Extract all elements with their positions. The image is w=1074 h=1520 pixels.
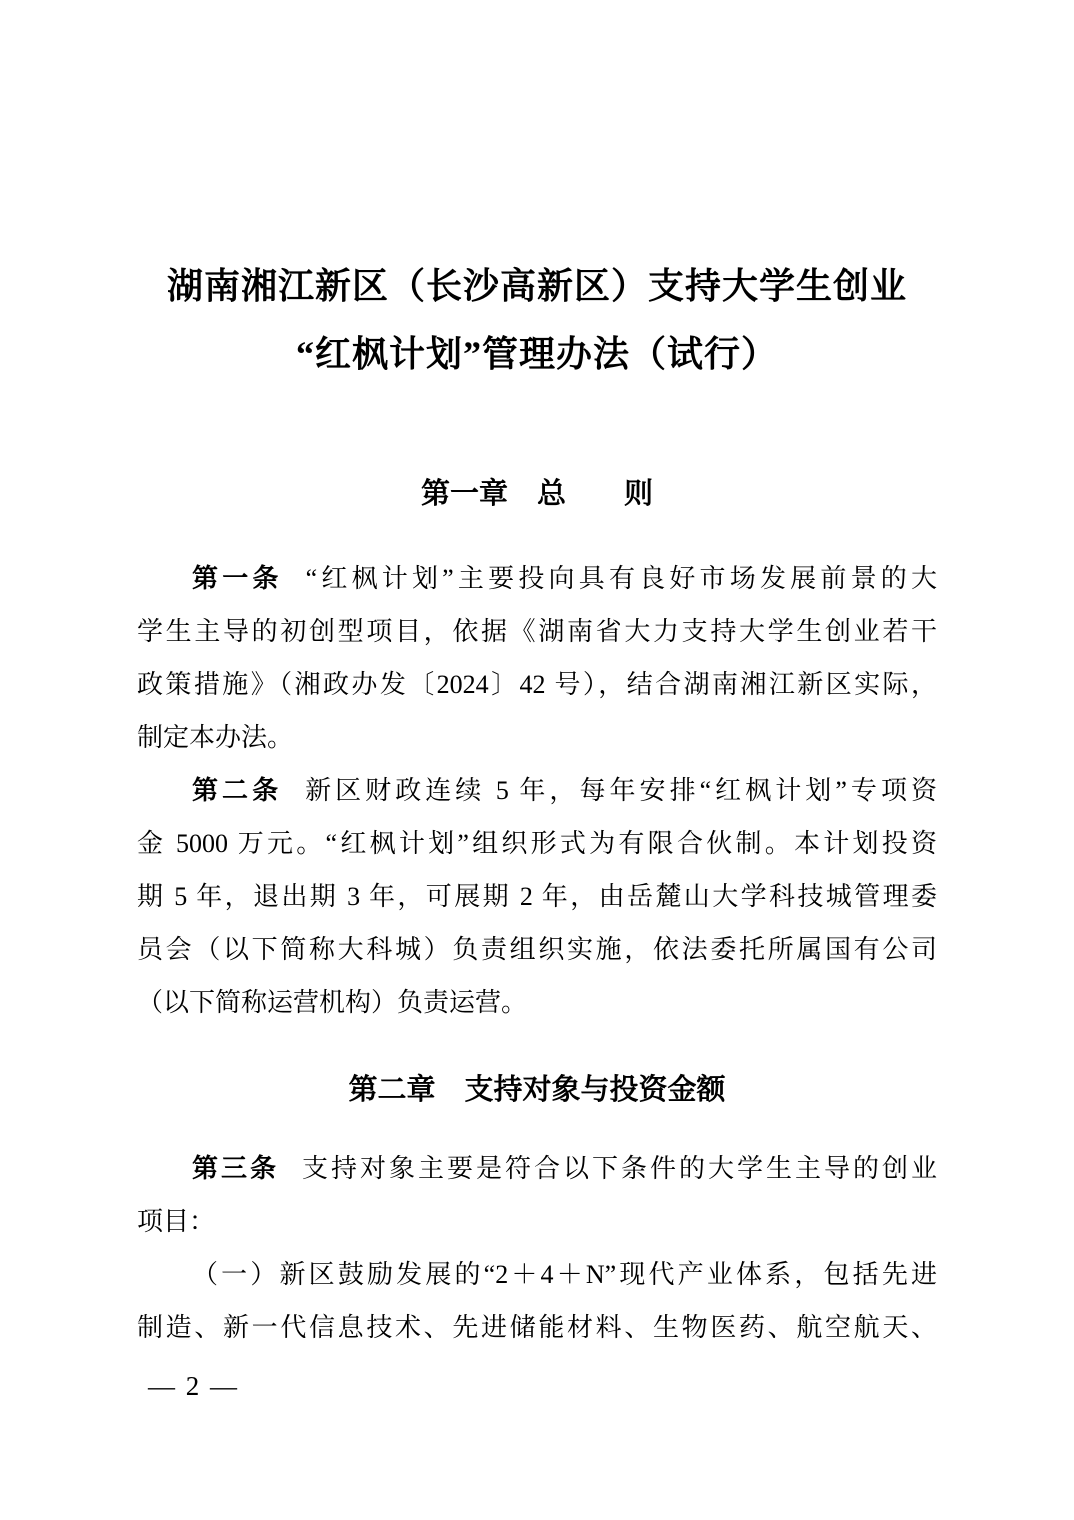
article-2-paragraph: 第二条新区财政连续 5 年，每年安排“红枫计划”专项资 金 5000 万元。“红… <box>137 764 937 1029</box>
document-body-continued: 第三条支持对象主要是符合以下条件的大学生主导的创业 项目： （一）新区鼓励发展的… <box>137 1142 937 1354</box>
article-3-paragraph: 第三条支持对象主要是符合以下条件的大学生主导的创业 项目： <box>137 1142 937 1248</box>
document-title: 湖南湘江新区（长沙高新区）支持大学生创业 “红枫计划”管理办法（试行） <box>0 0 1074 388</box>
body-line: 第三条支持对象主要是符合以下条件的大学生主导的创业 <box>137 1142 937 1195</box>
body-line: 金 5000 万元。“红枫计划”组织形式为有限合伙制。本计划投资 <box>137 817 937 870</box>
article-1-paragraph: 第一条“红枫计划”主要投向具有良好市场发展前景的大 学生主导的初创型项目，依据《… <box>137 552 937 764</box>
chapter-2-heading: 第二章 支持对象与投资金额 <box>0 1072 1074 1108</box>
body-line-text: “红枫计划”主要投向具有良好市场发展前景的大 <box>306 564 937 593</box>
body-line: 政策措施》（湘政办发〔2024〕42 号），结合湖南湘江新区实际， <box>137 658 937 711</box>
body-line: （以下简称运营机构）负责运营。 <box>137 976 937 1029</box>
document-body: 第一条“红枫计划”主要投向具有良好市场发展前景的大 学生主导的初创型项目，依据《… <box>137 552 937 1029</box>
body-line-text: 支持对象主要是符合以下条件的大学生主导的创业 <box>302 1154 937 1183</box>
page-number: — 2 — <box>148 1372 1074 1400</box>
document-page: 湖南湘江新区（长沙高新区）支持大学生创业 “红枫计划”管理办法（试行） 第一章 … <box>0 0 1074 1520</box>
article-2-lead-label: 第二条 <box>192 775 305 805</box>
body-line: 制定本办法。 <box>137 711 937 764</box>
article-1-lead-label: 第一条 <box>192 563 306 593</box>
body-line: 期 5 年，退出期 3 年，可展期 2 年，由岳麓山大学科技城管理委 <box>137 870 937 923</box>
body-line: 第一条“红枫计划”主要投向具有良好市场发展前景的大 <box>137 552 937 605</box>
document-title-line-2: “红枫计划”管理办法（试行） <box>0 320 1074 388</box>
body-line: 员会（以下简称大科城）负责组织实施，依法委托所属国有公司 <box>137 923 937 976</box>
body-line: 项目： <box>137 1195 937 1248</box>
body-line: 学生主导的初创型项目，依据《湖南省大力支持大学生创业若干 <box>137 605 937 658</box>
item-1-paragraph: （一）新区鼓励发展的“2＋4＋N”现代产业体系，包括先进 制造、新一代信息技术、… <box>137 1248 937 1354</box>
document-title-line-1: 湖南湘江新区（长沙高新区）支持大学生创业 <box>0 252 1074 320</box>
chapter-1-heading: 第一章 总 则 <box>0 476 1074 512</box>
body-line-text: 新区财政连续 5 年，每年安排“红枫计划”专项资 <box>305 776 937 805</box>
article-3-lead-label: 第三条 <box>192 1153 302 1183</box>
body-line: （一）新区鼓励发展的“2＋4＋N”现代产业体系，包括先进 <box>137 1248 937 1301</box>
body-line: 第二条新区财政连续 5 年，每年安排“红枫计划”专项资 <box>137 764 937 817</box>
body-line: 制造、新一代信息技术、先进储能材料、生物医药、航空航天、 <box>137 1301 937 1354</box>
